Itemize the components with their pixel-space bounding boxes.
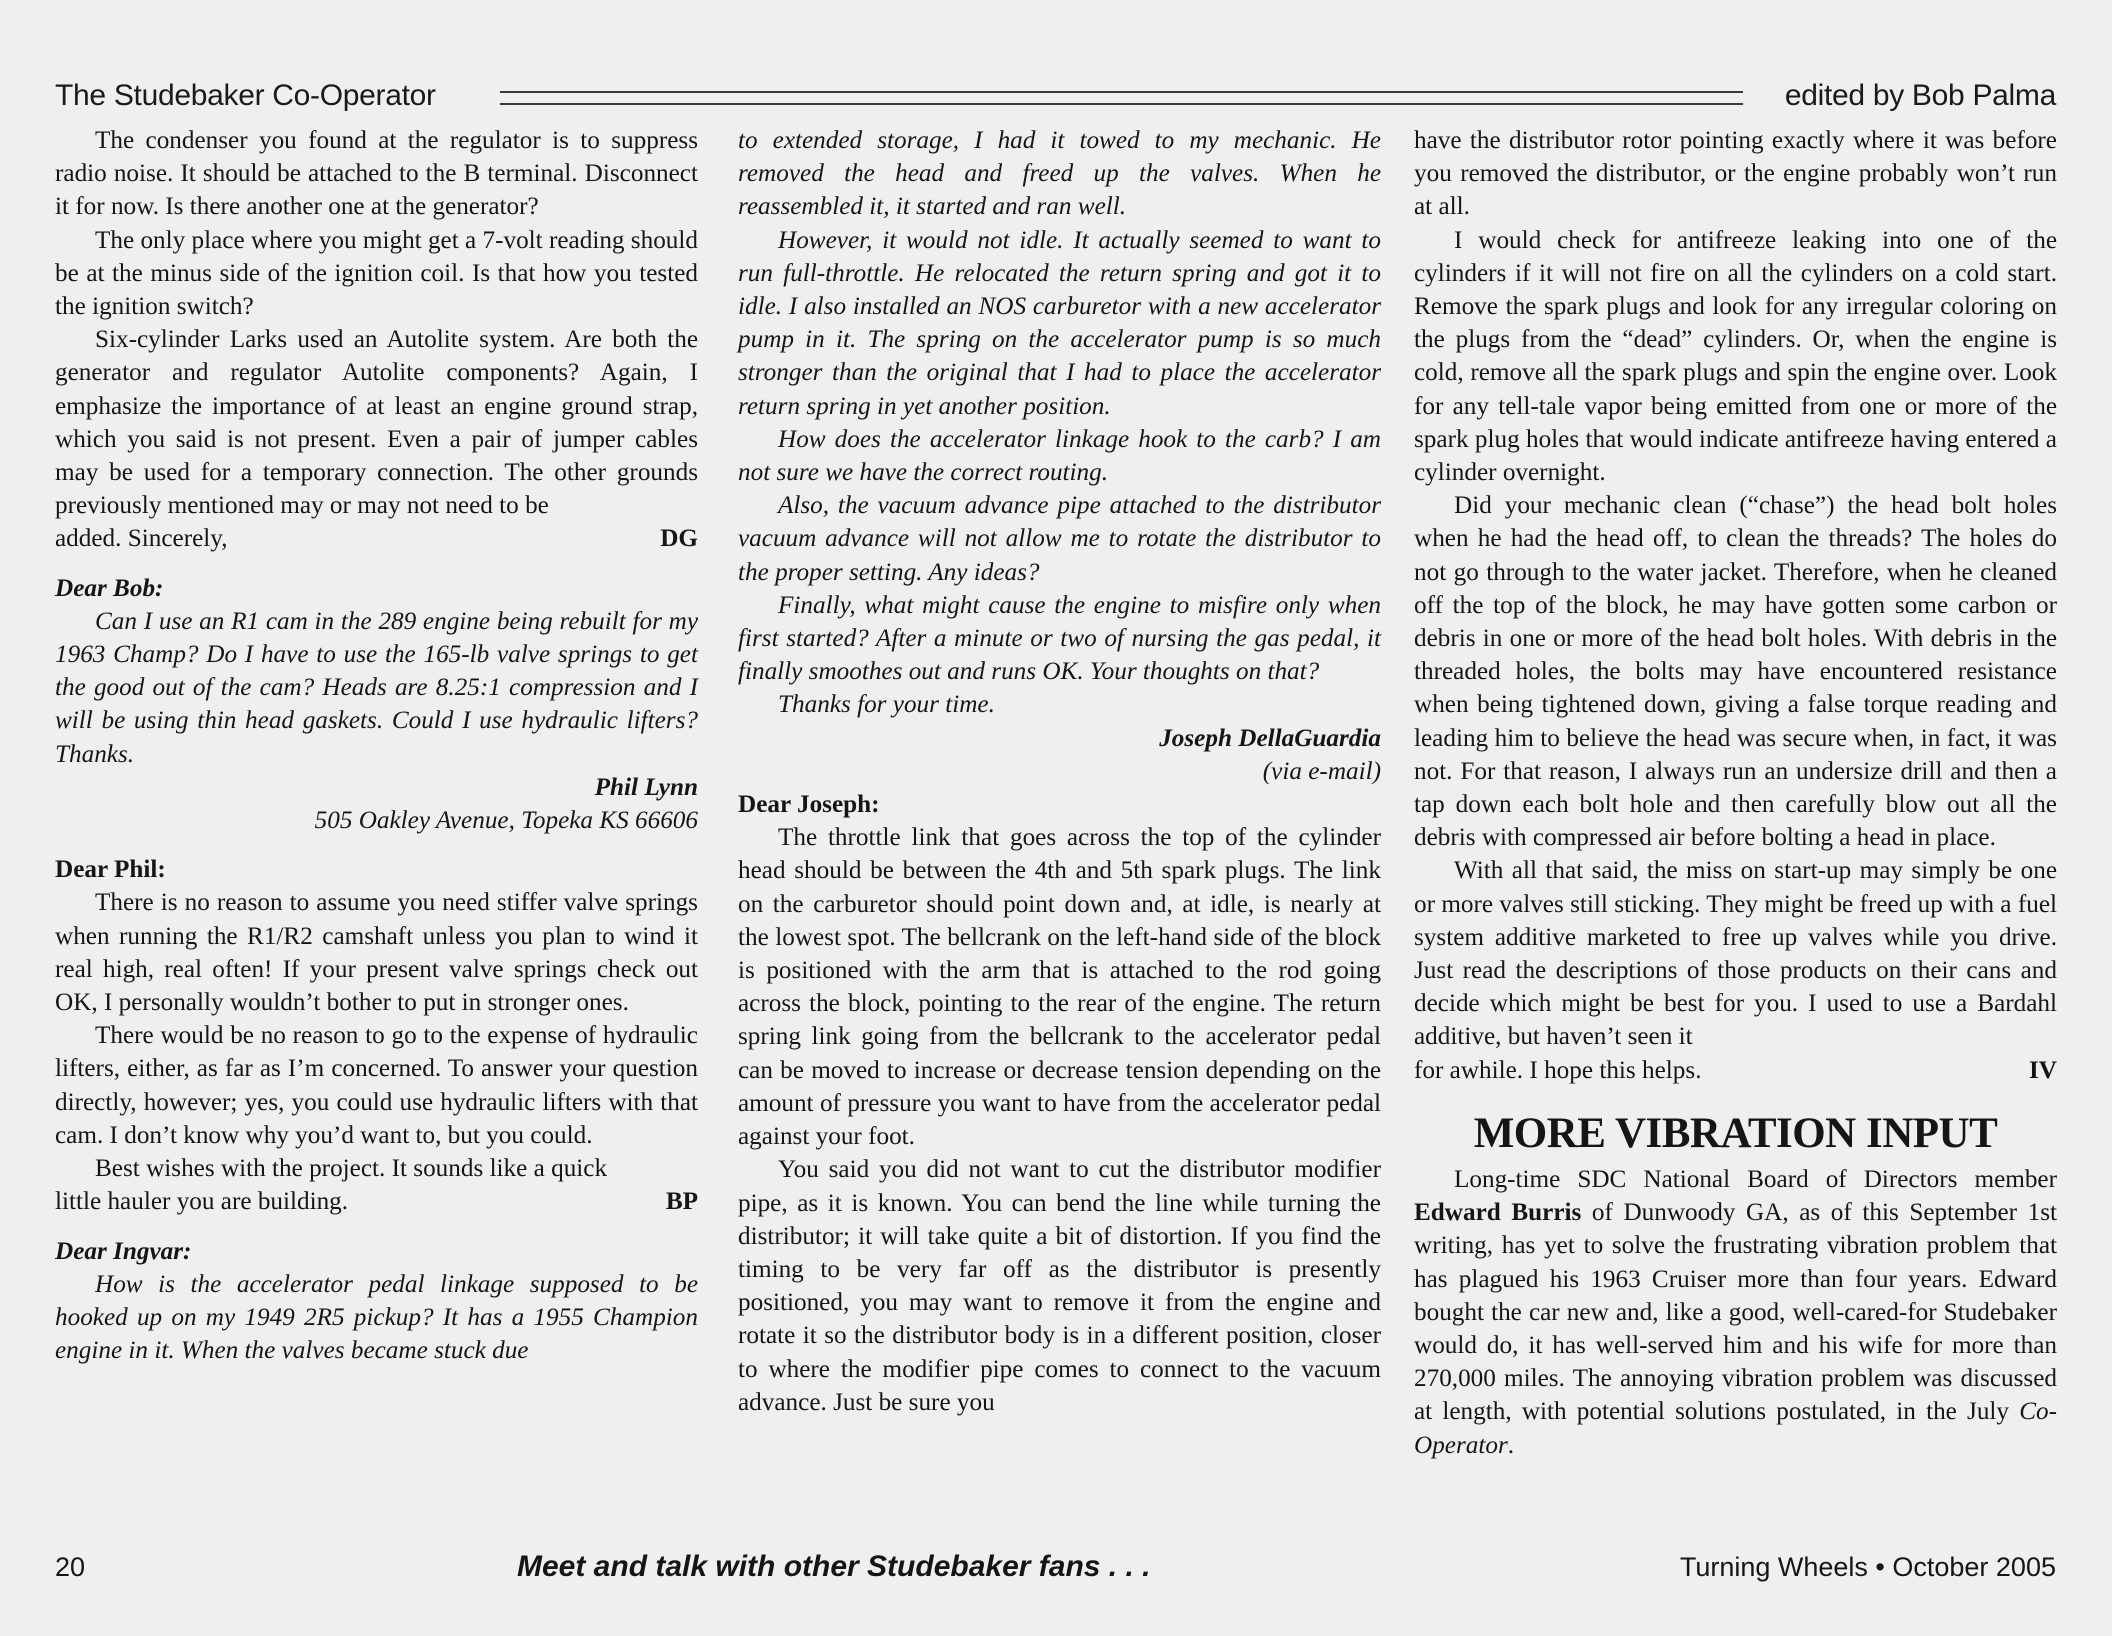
paragraph: There would be no reason to go to the ex…: [55, 1019, 698, 1152]
paragraph: There is no reason to assume you need st…: [55, 886, 698, 1019]
page-header: The Studebaker Co-Operator edited by Bob…: [55, 76, 2056, 116]
page-number: 20: [55, 1552, 85, 1583]
letter-body: How is the accelerator pedal linkage sup…: [55, 1268, 698, 1368]
article-intro: Long-time SDC National Board of Director…: [1454, 1166, 2057, 1193]
page-footer: 20 Meet and talk with other Studebaker f…: [55, 1552, 2056, 1588]
paragraph: Also, the vacuum advance pipe attached t…: [738, 489, 1381, 589]
author-initials: IV: [2029, 1054, 2057, 1087]
letter-address: 505 Oakley Avenue, Topeka KS 66606: [55, 804, 698, 837]
letter-signature: Joseph DellaGuardia: [738, 722, 1381, 755]
article-body: Long-time SDC National Board of Director…: [1414, 1163, 2057, 1462]
paragraph: to extended storage, I had it towed to m…: [738, 124, 1381, 224]
footer-tagline: Meet and talk with other Studebaker fans…: [517, 1550, 1150, 1584]
closing-text: for awhile. I hope this helps.: [1414, 1054, 1702, 1087]
salutation: Dear Joseph:: [738, 788, 1381, 821]
reply-dg: The condenser you found at the regulator…: [55, 124, 698, 556]
paragraph: The throttle link that goes across the t…: [738, 821, 1381, 1153]
article-columns: The condenser you found at the regulator…: [55, 124, 2057, 1524]
paragraph: Finally, what might cause the engine to …: [738, 589, 1381, 689]
article-end: .: [1508, 1432, 1514, 1459]
paragraph: However, it would not idle. It actually …: [738, 224, 1381, 423]
letter-phil: Dear Bob: Can I use an R1 cam in the 289…: [55, 572, 698, 838]
closing-line: little hauler you are building. BP: [55, 1185, 698, 1218]
article-more-vibration: MORE VIBRATION INPUT Long-time SDC Natio…: [1414, 1109, 2057, 1462]
paragraph: Did your mechanic clean (“chase”) the he…: [1414, 489, 2057, 854]
paragraph: You said you did not want to cut the dis…: [738, 1153, 1381, 1419]
letter-joseph: Dear Ingvar: How is the accelerator peda…: [55, 1235, 698, 1368]
column-1: The condenser you found at the regulator…: [55, 124, 698, 1367]
column-2: to extended storage, I had it towed to m…: [738, 124, 1381, 1419]
paragraph: The only place where you might get a 7-v…: [55, 224, 698, 324]
paragraph: How does the accelerator linkage hook to…: [738, 423, 1381, 489]
closing-line: for awhile. I hope this helps. IV: [1414, 1054, 2057, 1087]
paragraph: Six-cylinder Larks used an Autolite syst…: [55, 323, 698, 522]
reply-phil: Dear Phil: There is no reason to assume …: [55, 853, 698, 1218]
paragraph: The condenser you found at the regulator…: [55, 124, 698, 224]
letter-body: Can I use an R1 cam in the 289 engine be…: [55, 605, 698, 771]
salutation: Dear Phil:: [55, 853, 698, 886]
section-title-header: The Studebaker Co-Operator: [55, 79, 436, 113]
letter-via: (via e-mail): [738, 755, 1381, 788]
article-text: of Dunwoody GA, as of this September 1st…: [1414, 1199, 2057, 1425]
closing-text: added. Sincerely,: [55, 522, 228, 555]
reply-joseph-continued: have the distributor rotor pointing exac…: [1414, 124, 2057, 1087]
salutation: Dear Ingvar:: [55, 1235, 698, 1268]
reply-joseph: Dear Joseph: The throttle link that goes…: [738, 788, 1381, 1419]
issue-info: Turning Wheels • October 2005: [1680, 1552, 2056, 1583]
article-heading: MORE VIBRATION INPUT: [1414, 1109, 2057, 1159]
column-3: have the distributor rotor pointing exac…: [1414, 124, 2057, 1462]
closing-text: little hauler you are building.: [55, 1185, 348, 1218]
closing-line: added. Sincerely, DG: [55, 522, 698, 555]
paragraph: Best wishes with the project. It sounds …: [55, 1152, 698, 1185]
letter-joseph-continued: to extended storage, I had it towed to m…: [738, 124, 1381, 788]
editor-credit: edited by Bob Palma: [1785, 79, 2056, 113]
letter-signature: Phil Lynn: [55, 771, 698, 804]
author-initials: DG: [660, 522, 698, 555]
header-double-rule: [500, 91, 1743, 105]
person-name: Edward Burris: [1414, 1199, 1581, 1226]
paragraph: With all that said, the miss on start-up…: [1414, 854, 2057, 1053]
author-initials: BP: [666, 1185, 698, 1218]
paragraph: have the distributor rotor pointing exac…: [1414, 124, 2057, 224]
salutation: Dear Bob:: [55, 572, 698, 605]
paragraph: I would check for antifreeze leaking int…: [1414, 224, 2057, 490]
paragraph: Thanks for your time.: [738, 688, 1381, 721]
